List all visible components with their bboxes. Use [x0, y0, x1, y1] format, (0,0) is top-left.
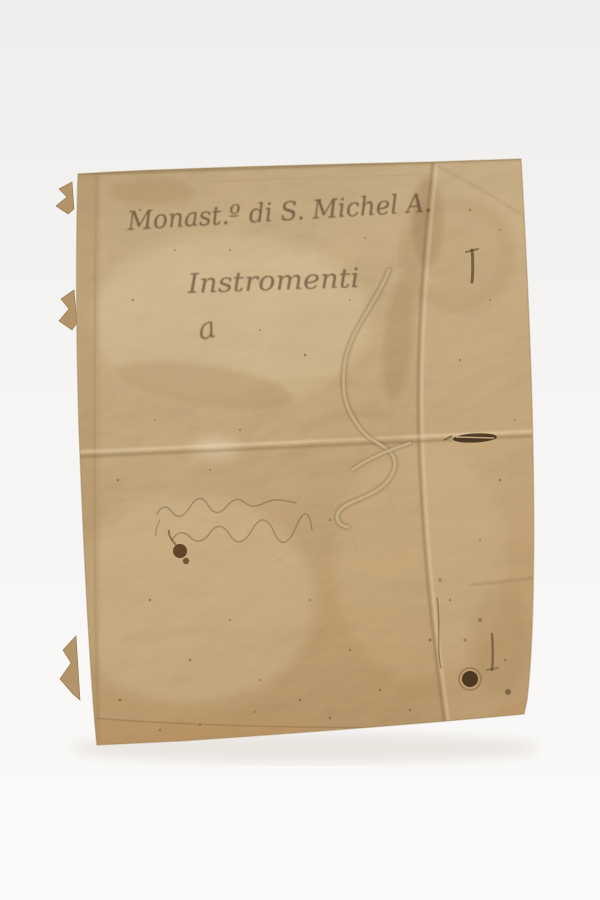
- manuscript-photo: Monast.º di S. Michel A. Instromenti a: [0, 0, 600, 900]
- subtitle-inscription: Instromenti: [186, 263, 360, 300]
- manuscript-book: Monast.º di S. Michel A. Instromenti a: [56, 150, 550, 760]
- photo-backdrop: Monast.º di S. Michel A. Instromenti a: [0, 0, 600, 900]
- cover-flap: [418, 159, 534, 732]
